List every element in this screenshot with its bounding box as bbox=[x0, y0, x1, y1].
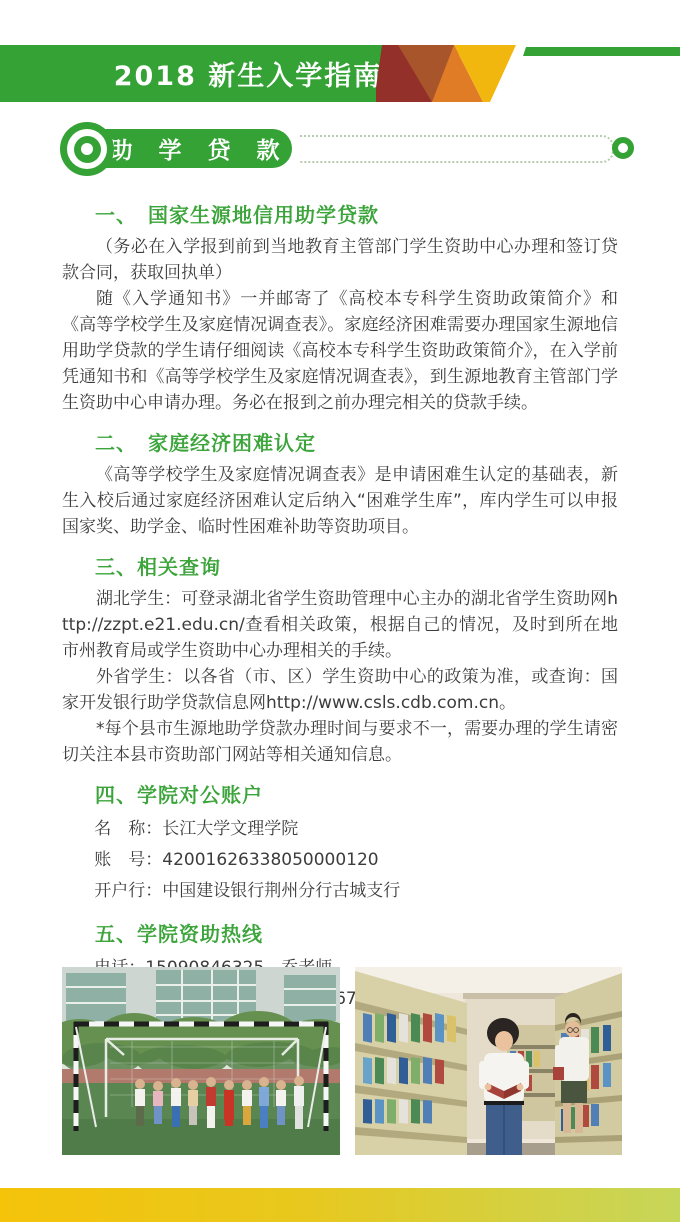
account-number-line: 账 号：42001626338050000120 bbox=[62, 845, 618, 876]
section-2: 二、 家庭经济困难认定 《高等学校学生及家庭情况调查表》是申请困难生认定的基础表… bbox=[62, 427, 618, 540]
photo-row bbox=[62, 967, 622, 1155]
end-ring-icon bbox=[612, 137, 634, 159]
campus-field-photo bbox=[62, 967, 340, 1155]
paragraph: 《高等学校学生及家庭情况调查表》是申请困难生认定的基础表，新生入校后通过家庭经济… bbox=[62, 462, 618, 540]
section-title: 助 学 贷 款 bbox=[83, 132, 288, 165]
top-banner: 2018 新生入学指南 bbox=[0, 45, 680, 102]
note-paragraph: *每个县市生源地助学贷款办理时间与要求不一，需要办理的学生请密切关注本县市资助部… bbox=[62, 716, 618, 768]
section-4: 四、学院对公账户 名 称：长江大学文理学院 账 号：42001626338050… bbox=[62, 779, 618, 907]
paragraph: （务必在入学报到前到当地教育主管部门学生资助中心办理和签订贷款合同，获取回执单） bbox=[62, 234, 618, 286]
target-circle-icon bbox=[60, 122, 114, 176]
banner-triangles-decoration bbox=[376, 45, 680, 102]
account-name-line: 名 称：长江大学文理学院 bbox=[62, 814, 618, 845]
main-content: 一、 国家生源地信用助学贷款 （务必在入学报到前到当地教育主管部门学生资助中心办… bbox=[62, 188, 618, 1015]
section-3: 三、相关查询 湖北学生：可登录湖北省学生资助管理中心主办的湖北省学生资助网htt… bbox=[62, 551, 618, 768]
banner-green-bar: 2018 新生入学指南 bbox=[0, 45, 400, 102]
paragraph: 湖北学生：可登录湖北省学生资助管理中心主办的湖北省学生资助网http://zzp… bbox=[62, 586, 618, 664]
bank-line: 开户行：中国建设银行荆州分行古城支行 bbox=[62, 876, 618, 907]
section-1-heading: 一、 国家生源地信用助学贷款 bbox=[62, 199, 618, 228]
paragraph: 外省学生：以各省（市、区）学生资助中心的政策为准，或查询：国家开发银行助学贷款信… bbox=[62, 664, 618, 716]
section-1: 一、 国家生源地信用助学贷款 （务必在入学报到前到当地教育主管部门学生资助中心办… bbox=[62, 199, 618, 416]
bottom-gradient-bar bbox=[0, 1188, 680, 1222]
library-photo bbox=[355, 967, 622, 1155]
paragraph: 随《入学通知书》一并邮寄了《高校本专科学生资助政策简介》和《高等学校学生及家庭情… bbox=[62, 286, 618, 416]
section-2-heading: 二、 家庭经济困难认定 bbox=[62, 427, 618, 456]
section-4-heading: 四、学院对公账户 bbox=[62, 779, 618, 808]
banner-title: 2018 新生入学指南 bbox=[18, 54, 383, 93]
dotted-rail bbox=[300, 135, 614, 163]
section-5-heading: 五、学院资助热线 bbox=[62, 918, 618, 947]
section-3-heading: 三、相关查询 bbox=[62, 551, 618, 580]
section-header: 助 学 贷 款 bbox=[0, 126, 680, 174]
